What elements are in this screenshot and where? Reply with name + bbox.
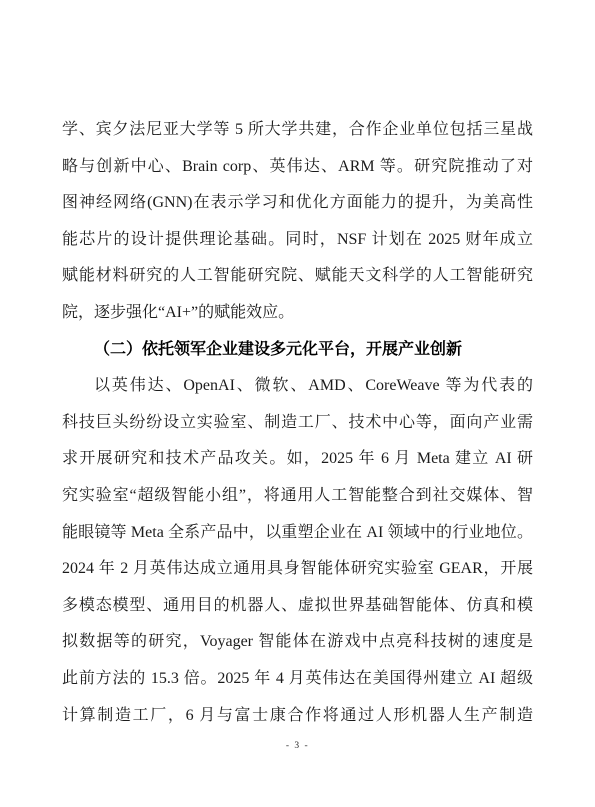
text-line: 以英伟达、OpenAI、微软、AMD、CoreWeave 等为代表的 bbox=[62, 368, 533, 405]
text-line: 拟数据等的研究，Voyager 智能体在游戏中点亮科技树的速度是 bbox=[62, 624, 533, 661]
text-line: 科技巨头纷纷设立实验室、制造工厂、技术中心等，面向产业需 bbox=[62, 405, 533, 442]
text-line: 图神经网络(GNN)在表示学习和优化方面能力的提升，为美高性 bbox=[62, 185, 533, 222]
document-page: 学、宾夕法尼亚大学等 5 所大学共建，合作企业单位包括三星战略与创新中心、Bra… bbox=[0, 0, 595, 807]
text-line: 赋能材料研究的人工智能研究院、赋能天文科学的人工智能研究 bbox=[62, 258, 533, 295]
text-line: 略与创新中心、Brain corp、英伟达、ARM 等。研究院推动了对 bbox=[62, 149, 533, 186]
text-line: 计算制造工厂，6 月与富士康合作将通过人形机器人生产制造 bbox=[62, 698, 533, 735]
text-line: 此前方法的 15.3 倍。2025 年 4 月英伟达在美国得州建立 AI 超级 bbox=[62, 661, 533, 698]
section-heading: （二）依托领军企业建设多元化平台，开展产业创新 bbox=[62, 332, 533, 369]
page-number: - 3 - bbox=[0, 741, 595, 751]
text-line: 院，逐步强化“AI+”的赋能效应。 bbox=[62, 295, 533, 332]
text-line: 2024 年 2 月英伟达成立通用具身智能体研究实验室 GEAR，开展 bbox=[62, 551, 533, 588]
text-line: 究实验室“超级智能小组”，将通用人工智能整合到社交媒体、智 bbox=[62, 478, 533, 515]
text-line: 能芯片的设计提供理论基础。同时，NSF 计划在 2025 财年成立 bbox=[62, 222, 533, 259]
text-line: 求开展研究和技术产品攻关。如，2025 年 6 月 Meta 建立 AI 研 bbox=[62, 441, 533, 478]
text-line: 多模态模型、通用目的机器人、虚拟世界基础智能体、仿真和模 bbox=[62, 588, 533, 625]
document-body: 学、宾夕法尼亚大学等 5 所大学共建，合作企业单位包括三星战略与创新中心、Bra… bbox=[62, 112, 533, 734]
text-line: 能眼镜等 Meta 全系产品中，以重塑企业在 AI 领域中的行业地位。 bbox=[62, 515, 533, 552]
text-line: 学、宾夕法尼亚大学等 5 所大学共建，合作企业单位包括三星战 bbox=[62, 112, 533, 149]
